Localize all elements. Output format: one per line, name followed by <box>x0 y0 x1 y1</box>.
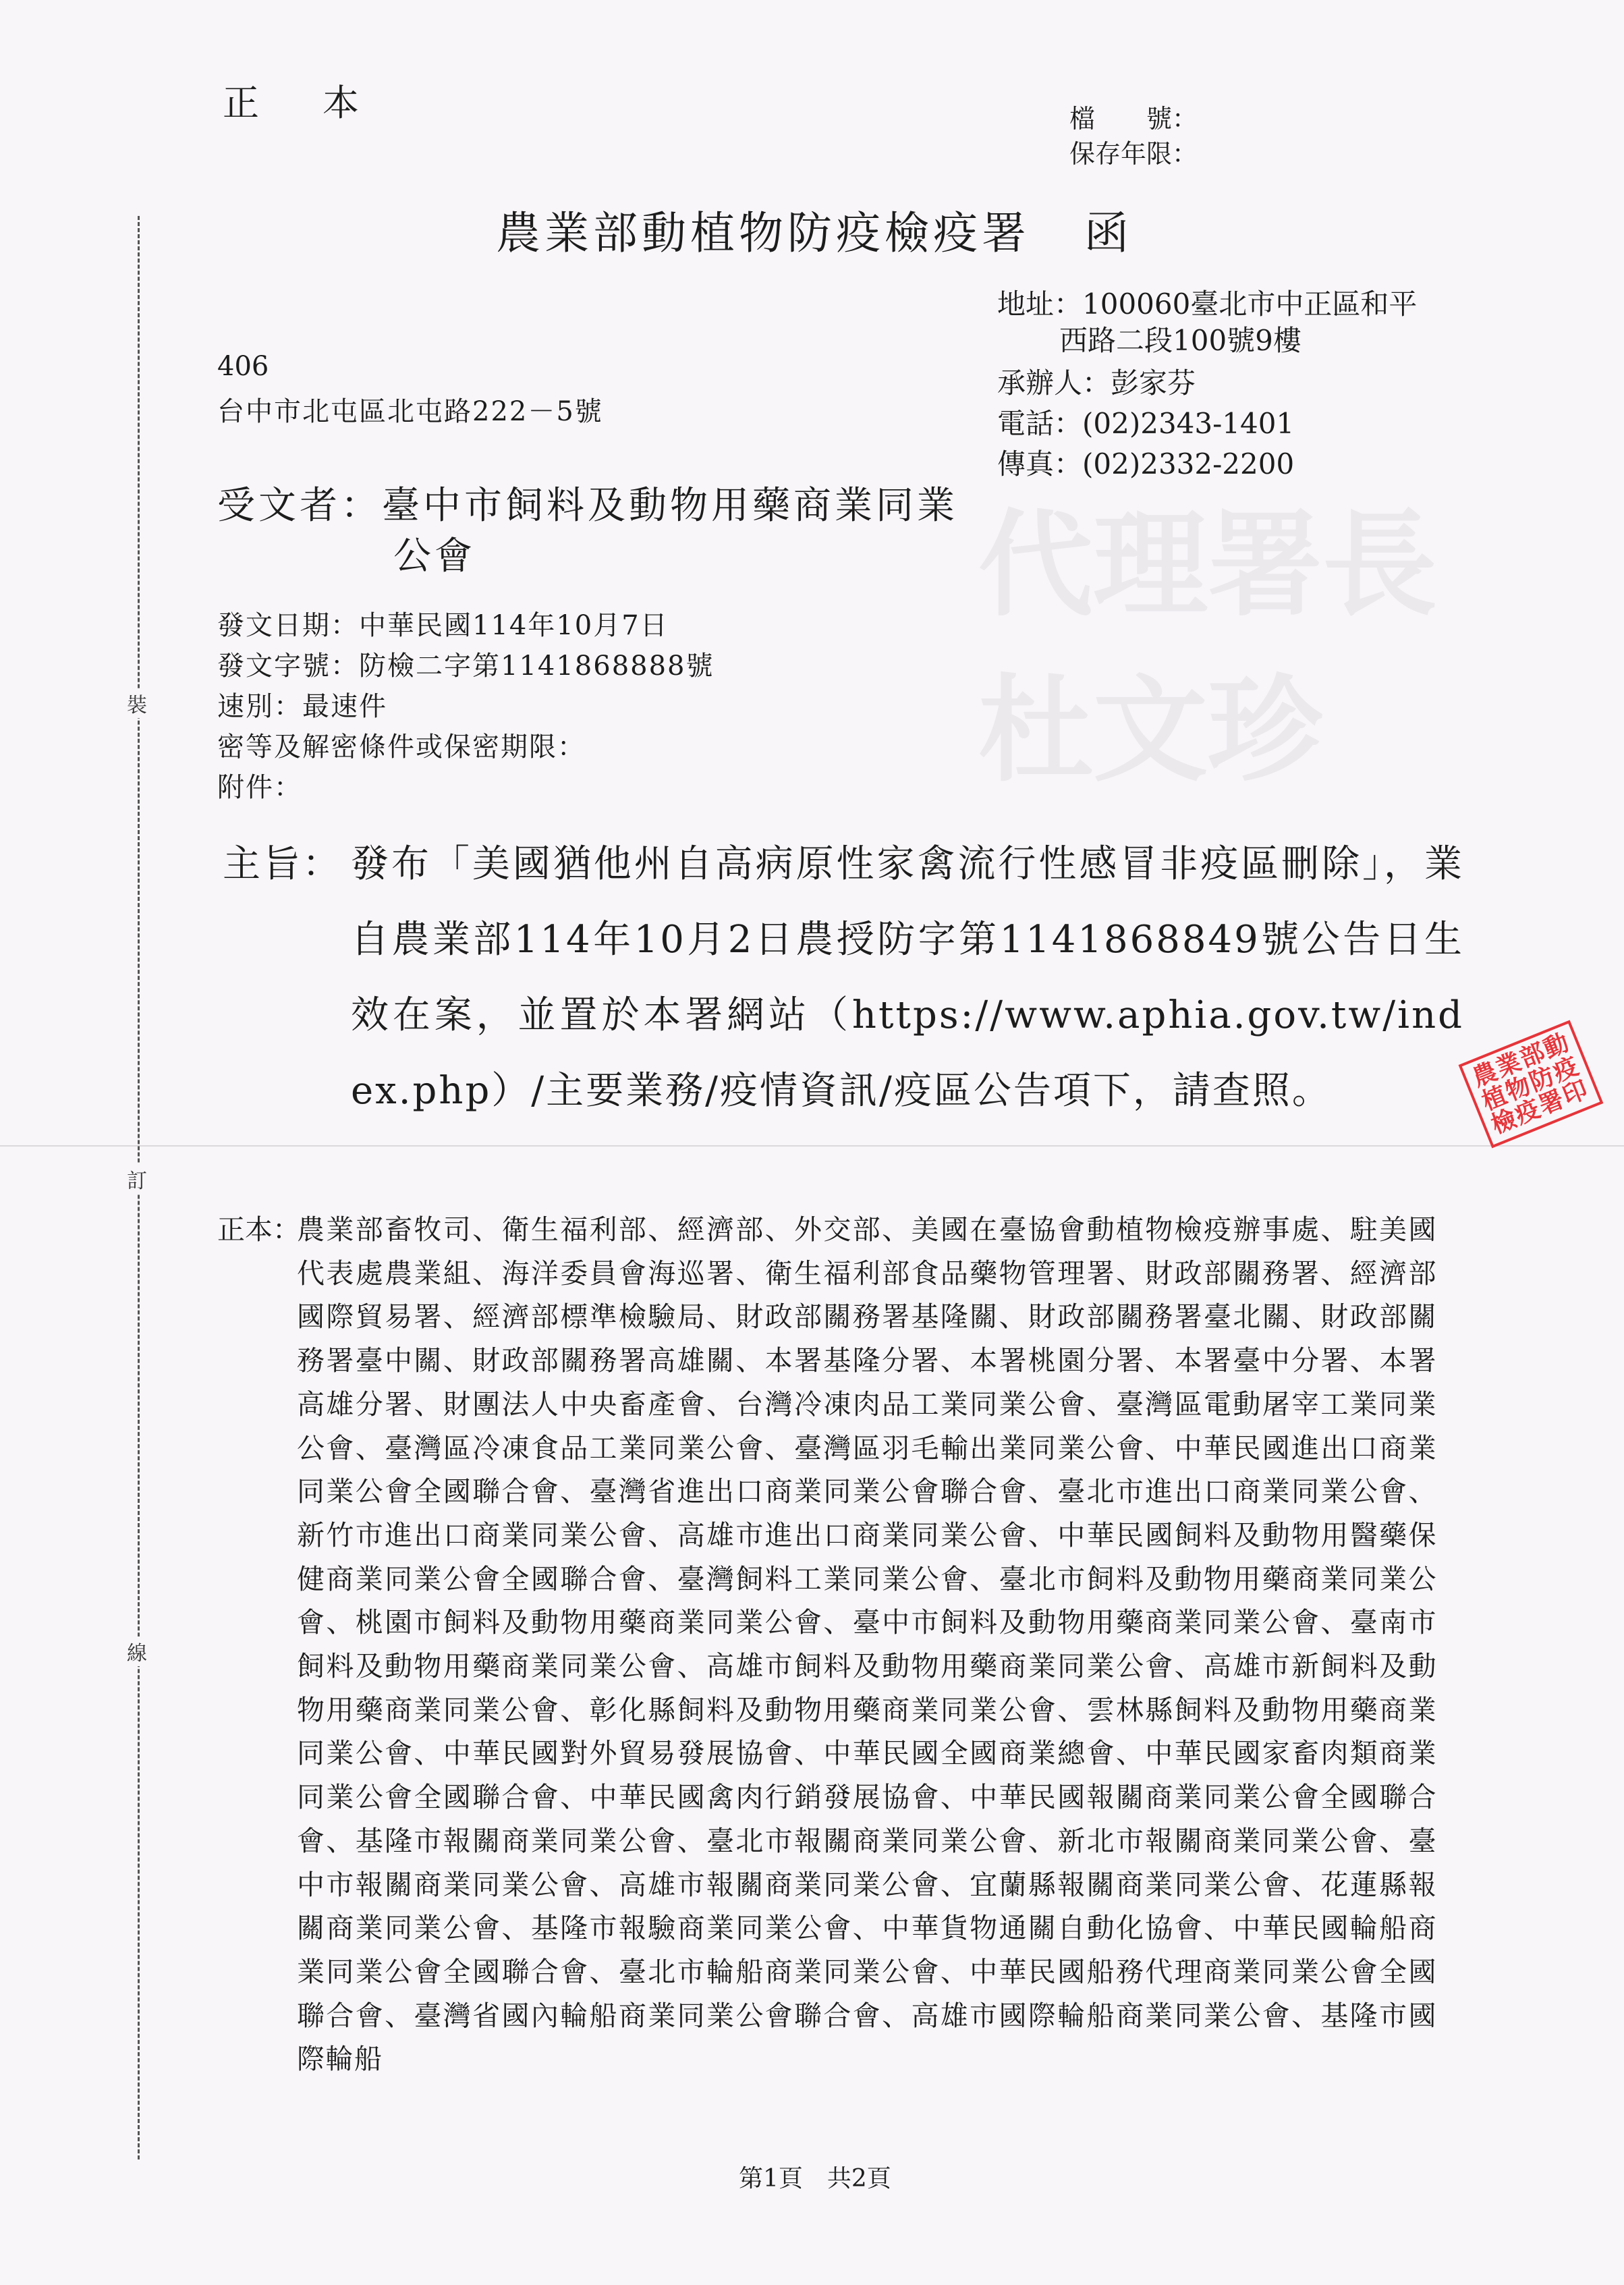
doc-type: 函 <box>1084 207 1133 259</box>
distribution-label: 正本： <box>217 1208 300 1252</box>
subject-text: 發布「美國猶他州自高病原性家禽流行性感冒非疫區刪除」，業自農業部114年10月2… <box>351 827 1464 1129</box>
page-number: 第1頁 共2頁 <box>739 2159 891 2194</box>
fax-value: (02)2332-2200 <box>1082 447 1294 480</box>
phone-label: 電話： <box>997 407 1082 440</box>
addressee-line1: 臺中市飼料及動物用藥商業同業 <box>382 484 958 528</box>
distribution-list: 農業部畜牧司、衛生福利部、經濟部、外交部、美國在臺協會動植物檢疫辦事處、駐美國代… <box>297 1208 1437 2081</box>
fax-label: 傳真： <box>997 447 1082 480</box>
addressee-line2: 公會 <box>393 526 476 580</box>
retention-period: 保存年限： <box>1069 133 1198 170</box>
phone: 電話：(02)2343-1401 <box>997 402 1294 442</box>
subject-label: 主旨： <box>223 827 342 902</box>
contact-name: 彭家芬 <box>1111 366 1196 400</box>
date-value: 中華民國114年10月7日 <box>359 610 669 641</box>
binding-mark-ding: 訂 <box>127 1164 147 1194</box>
addressee-label: 受文者： <box>217 484 382 528</box>
recipient-address: 台中市北屯區北屯路222－5號 <box>217 390 603 429</box>
doc-no-label: 發文字號： <box>217 651 359 682</box>
secrecy-level: 密等及解密條件或保密期限： <box>217 725 586 764</box>
fax: 傳真：(02)2332-2200 <box>997 442 1294 483</box>
address-label: 地址： <box>997 287 1082 321</box>
file-number: 檔 號： <box>1069 98 1198 135</box>
issue-date: 發文日期：中華民國114年10月7日 <box>217 604 669 642</box>
contact-label: 承辦人： <box>997 366 1111 400</box>
attachment-label: 附件： <box>217 772 302 803</box>
postal-code: 406 <box>217 351 269 382</box>
retention-label: 保存年限： <box>1069 139 1198 169</box>
secrecy-label: 密等及解密條件或保密期限： <box>217 732 586 763</box>
delivery-speed: 速別：最速件 <box>217 685 387 723</box>
document-title: 農業部動植物防疫檢疫署函 <box>496 197 1133 261</box>
speed-value: 最速件 <box>302 691 387 722</box>
contact-person: 承辦人：彭家芬 <box>997 361 1196 402</box>
file-number-label: 檔 號： <box>1069 104 1198 134</box>
sender-address: 地址：100060臺北市中正區和平 <box>997 282 1417 323</box>
speed-label: 速別： <box>217 691 302 722</box>
attachments: 附件： <box>217 766 302 804</box>
agency-name: 農業部動植物防疫檢疫署 <box>496 207 1030 259</box>
address-line1: 100060臺北市中正區和平 <box>1082 287 1417 321</box>
doc-no-value: 防檢二字第1141868888號 <box>359 651 715 682</box>
fold-line <box>0 1145 1624 1147</box>
document-number: 發文字號：防檢二字第1141868888號 <box>217 644 715 683</box>
show-through-ghost: 代理署長 杜文珍 <box>978 472 1624 803</box>
addressee: 受文者：臺中市飼料及動物用藥商業同業 <box>217 476 958 530</box>
copy-type: 正 本 <box>223 74 372 126</box>
official-seal: 農業部動植物防疫檢疫署印 <box>1459 1020 1604 1149</box>
binding-mark-xian: 線 <box>127 1636 147 1666</box>
address-line2: 西路二段100號9樓 <box>1059 319 1301 359</box>
phone-value: (02)2343-1401 <box>1082 407 1294 440</box>
date-label: 發文日期： <box>217 610 359 641</box>
binding-mark-zhuang: 裝 <box>127 688 147 718</box>
